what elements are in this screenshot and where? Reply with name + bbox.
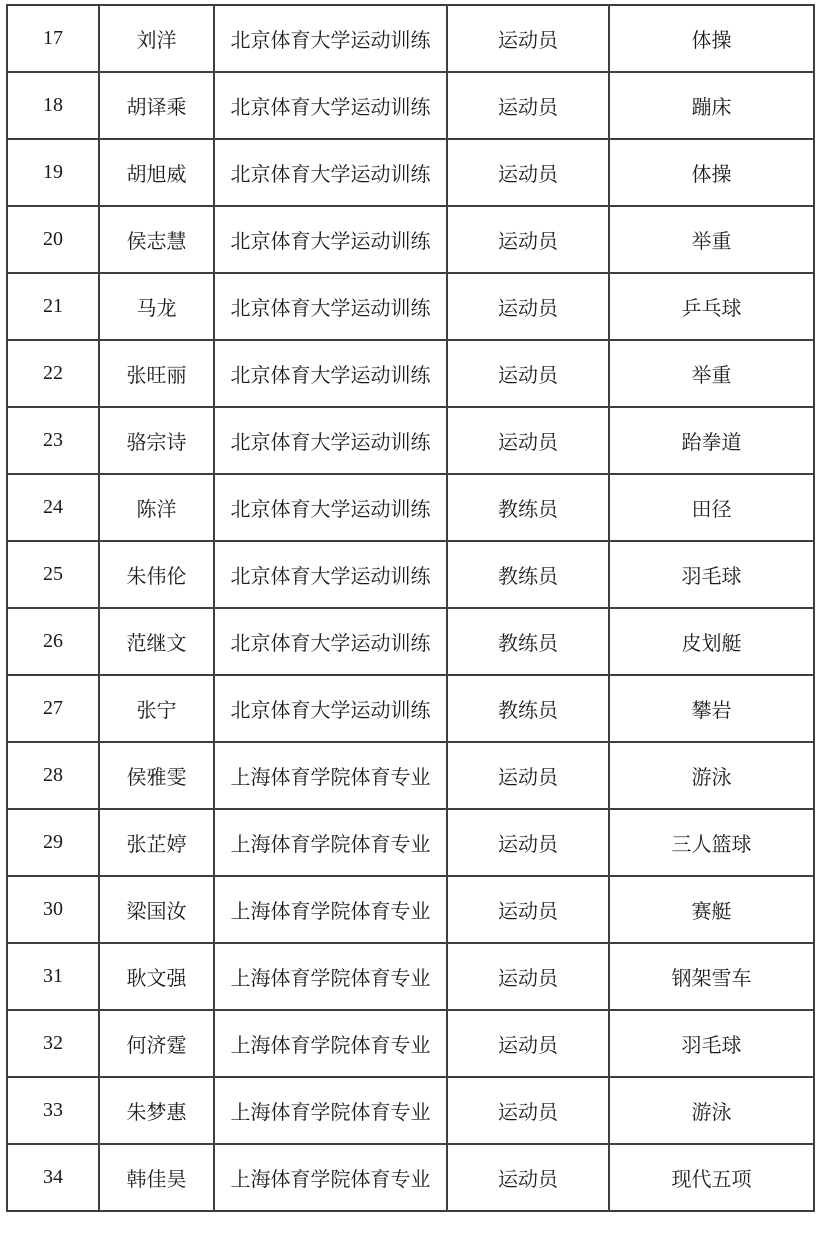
cell-school-and-major: 北京体育大学运动训练 xyxy=(214,474,447,541)
cell-serial-number: 34 xyxy=(7,1144,99,1211)
cell-school-and-major: 上海体育学院体育专业 xyxy=(214,1077,447,1144)
cell-serial-number: 17 xyxy=(7,5,99,72)
cell-person-name: 耿文强 xyxy=(99,943,214,1010)
cell-school-and-major: 上海体育学院体育专业 xyxy=(214,876,447,943)
table-row: 34韩佳昊上海体育学院体育专业运动员现代五项 xyxy=(7,1144,814,1211)
cell-sport-event: 钢架雪车 xyxy=(609,943,814,1010)
cell-serial-number: 33 xyxy=(7,1077,99,1144)
cell-sport-event: 跆拳道 xyxy=(609,407,814,474)
cell-person-name: 张芷婷 xyxy=(99,809,214,876)
cell-role: 运动员 xyxy=(447,72,609,139)
cell-role: 运动员 xyxy=(447,273,609,340)
cell-person-name: 侯志慧 xyxy=(99,206,214,273)
table-row: 27张宁北京体育大学运动训练教练员攀岩 xyxy=(7,675,814,742)
cell-sport-event: 游泳 xyxy=(609,1077,814,1144)
cell-role: 运动员 xyxy=(447,139,609,206)
cell-sport-event: 皮划艇 xyxy=(609,608,814,675)
table-row: 22张旺丽北京体育大学运动训练运动员举重 xyxy=(7,340,814,407)
cell-sport-event: 羽毛球 xyxy=(609,1010,814,1077)
cell-serial-number: 22 xyxy=(7,340,99,407)
roster-table-body: 17刘洋北京体育大学运动训练运动员体操18胡译乘北京体育大学运动训练运动员蹦床1… xyxy=(7,5,814,1211)
cell-person-name: 胡译乘 xyxy=(99,72,214,139)
cell-school-and-major: 上海体育学院体育专业 xyxy=(214,1144,447,1211)
cell-serial-number: 25 xyxy=(7,541,99,608)
cell-serial-number: 21 xyxy=(7,273,99,340)
cell-school-and-major: 北京体育大学运动训练 xyxy=(214,541,447,608)
cell-sport-event: 游泳 xyxy=(609,742,814,809)
cell-school-and-major: 上海体育学院体育专业 xyxy=(214,1010,447,1077)
table-row: 29张芷婷上海体育学院体育专业运动员三人篮球 xyxy=(7,809,814,876)
table-row: 19胡旭威北京体育大学运动训练运动员体操 xyxy=(7,139,814,206)
table-row: 24陈洋北京体育大学运动训练教练员田径 xyxy=(7,474,814,541)
cell-sport-event: 体操 xyxy=(609,5,814,72)
cell-person-name: 侯雅雯 xyxy=(99,742,214,809)
cell-sport-event: 羽毛球 xyxy=(609,541,814,608)
cell-role: 运动员 xyxy=(447,340,609,407)
cell-school-and-major: 上海体育学院体育专业 xyxy=(214,943,447,1010)
cell-serial-number: 18 xyxy=(7,72,99,139)
table-row: 17刘洋北京体育大学运动训练运动员体操 xyxy=(7,5,814,72)
cell-school-and-major: 北京体育大学运动训练 xyxy=(214,5,447,72)
cell-person-name: 刘洋 xyxy=(99,5,214,72)
cell-serial-number: 31 xyxy=(7,943,99,1010)
cell-serial-number: 27 xyxy=(7,675,99,742)
table-row: 33朱梦惠上海体育学院体育专业运动员游泳 xyxy=(7,1077,814,1144)
cell-role: 运动员 xyxy=(447,206,609,273)
cell-person-name: 范继文 xyxy=(99,608,214,675)
cell-sport-event: 现代五项 xyxy=(609,1144,814,1211)
cell-role: 运动员 xyxy=(447,809,609,876)
cell-person-name: 胡旭威 xyxy=(99,139,214,206)
cell-role: 运动员 xyxy=(447,876,609,943)
cell-role: 教练员 xyxy=(447,608,609,675)
cell-serial-number: 29 xyxy=(7,809,99,876)
cell-serial-number: 19 xyxy=(7,139,99,206)
cell-role: 运动员 xyxy=(447,407,609,474)
cell-sport-event: 赛艇 xyxy=(609,876,814,943)
cell-role: 运动员 xyxy=(447,5,609,72)
cell-serial-number: 24 xyxy=(7,474,99,541)
cell-serial-number: 32 xyxy=(7,1010,99,1077)
cell-person-name: 何济霆 xyxy=(99,1010,214,1077)
cell-serial-number: 23 xyxy=(7,407,99,474)
cell-serial-number: 28 xyxy=(7,742,99,809)
cell-school-and-major: 北京体育大学运动训练 xyxy=(214,608,447,675)
cell-school-and-major: 北京体育大学运动训练 xyxy=(214,273,447,340)
cell-role: 运动员 xyxy=(447,742,609,809)
cell-school-and-major: 北京体育大学运动训练 xyxy=(214,206,447,273)
table-row: 20侯志慧北京体育大学运动训练运动员举重 xyxy=(7,206,814,273)
cell-sport-event: 举重 xyxy=(609,340,814,407)
cell-role: 运动员 xyxy=(447,1010,609,1077)
table-row: 23骆宗诗北京体育大学运动训练运动员跆拳道 xyxy=(7,407,814,474)
cell-sport-event: 田径 xyxy=(609,474,814,541)
cell-school-and-major: 北京体育大学运动训练 xyxy=(214,72,447,139)
cell-person-name: 张宁 xyxy=(99,675,214,742)
cell-person-name: 朱梦惠 xyxy=(99,1077,214,1144)
cell-role: 教练员 xyxy=(447,675,609,742)
cell-sport-event: 体操 xyxy=(609,139,814,206)
table-row: 28侯雅雯上海体育学院体育专业运动员游泳 xyxy=(7,742,814,809)
cell-sport-event: 乒乓球 xyxy=(609,273,814,340)
table-row: 32何济霆上海体育学院体育专业运动员羽毛球 xyxy=(7,1010,814,1077)
cell-sport-event: 三人篮球 xyxy=(609,809,814,876)
roster-table: 17刘洋北京体育大学运动训练运动员体操18胡译乘北京体育大学运动训练运动员蹦床1… xyxy=(6,4,815,1212)
cell-role: 运动员 xyxy=(447,943,609,1010)
cell-school-and-major: 上海体育学院体育专业 xyxy=(214,809,447,876)
cell-school-and-major: 北京体育大学运动训练 xyxy=(214,675,447,742)
cell-school-and-major: 北京体育大学运动训练 xyxy=(214,407,447,474)
table-row: 21马龙北京体育大学运动训练运动员乒乓球 xyxy=(7,273,814,340)
cell-school-and-major: 北京体育大学运动训练 xyxy=(214,340,447,407)
cell-sport-event: 蹦床 xyxy=(609,72,814,139)
cell-person-name: 骆宗诗 xyxy=(99,407,214,474)
table-row: 31耿文强上海体育学院体育专业运动员钢架雪车 xyxy=(7,943,814,1010)
cell-serial-number: 30 xyxy=(7,876,99,943)
table-row: 26范继文北京体育大学运动训练教练员皮划艇 xyxy=(7,608,814,675)
cell-person-name: 陈洋 xyxy=(99,474,214,541)
cell-person-name: 梁国汝 xyxy=(99,876,214,943)
cell-school-and-major: 上海体育学院体育专业 xyxy=(214,742,447,809)
cell-role: 运动员 xyxy=(447,1144,609,1211)
cell-role: 教练员 xyxy=(447,541,609,608)
cell-person-name: 马龙 xyxy=(99,273,214,340)
table-row: 25朱伟伦北京体育大学运动训练教练员羽毛球 xyxy=(7,541,814,608)
cell-person-name: 韩佳昊 xyxy=(99,1144,214,1211)
cell-serial-number: 20 xyxy=(7,206,99,273)
cell-role: 运动员 xyxy=(447,1077,609,1144)
table-row: 18胡译乘北京体育大学运动训练运动员蹦床 xyxy=(7,72,814,139)
cell-person-name: 张旺丽 xyxy=(99,340,214,407)
document-page: 17刘洋北京体育大学运动训练运动员体操18胡译乘北京体育大学运动训练运动员蹦床1… xyxy=(0,0,820,1250)
table-row: 30梁国汝上海体育学院体育专业运动员赛艇 xyxy=(7,876,814,943)
cell-person-name: 朱伟伦 xyxy=(99,541,214,608)
cell-role: 教练员 xyxy=(447,474,609,541)
cell-sport-event: 攀岩 xyxy=(609,675,814,742)
cell-sport-event: 举重 xyxy=(609,206,814,273)
cell-school-and-major: 北京体育大学运动训练 xyxy=(214,139,447,206)
cell-serial-number: 26 xyxy=(7,608,99,675)
